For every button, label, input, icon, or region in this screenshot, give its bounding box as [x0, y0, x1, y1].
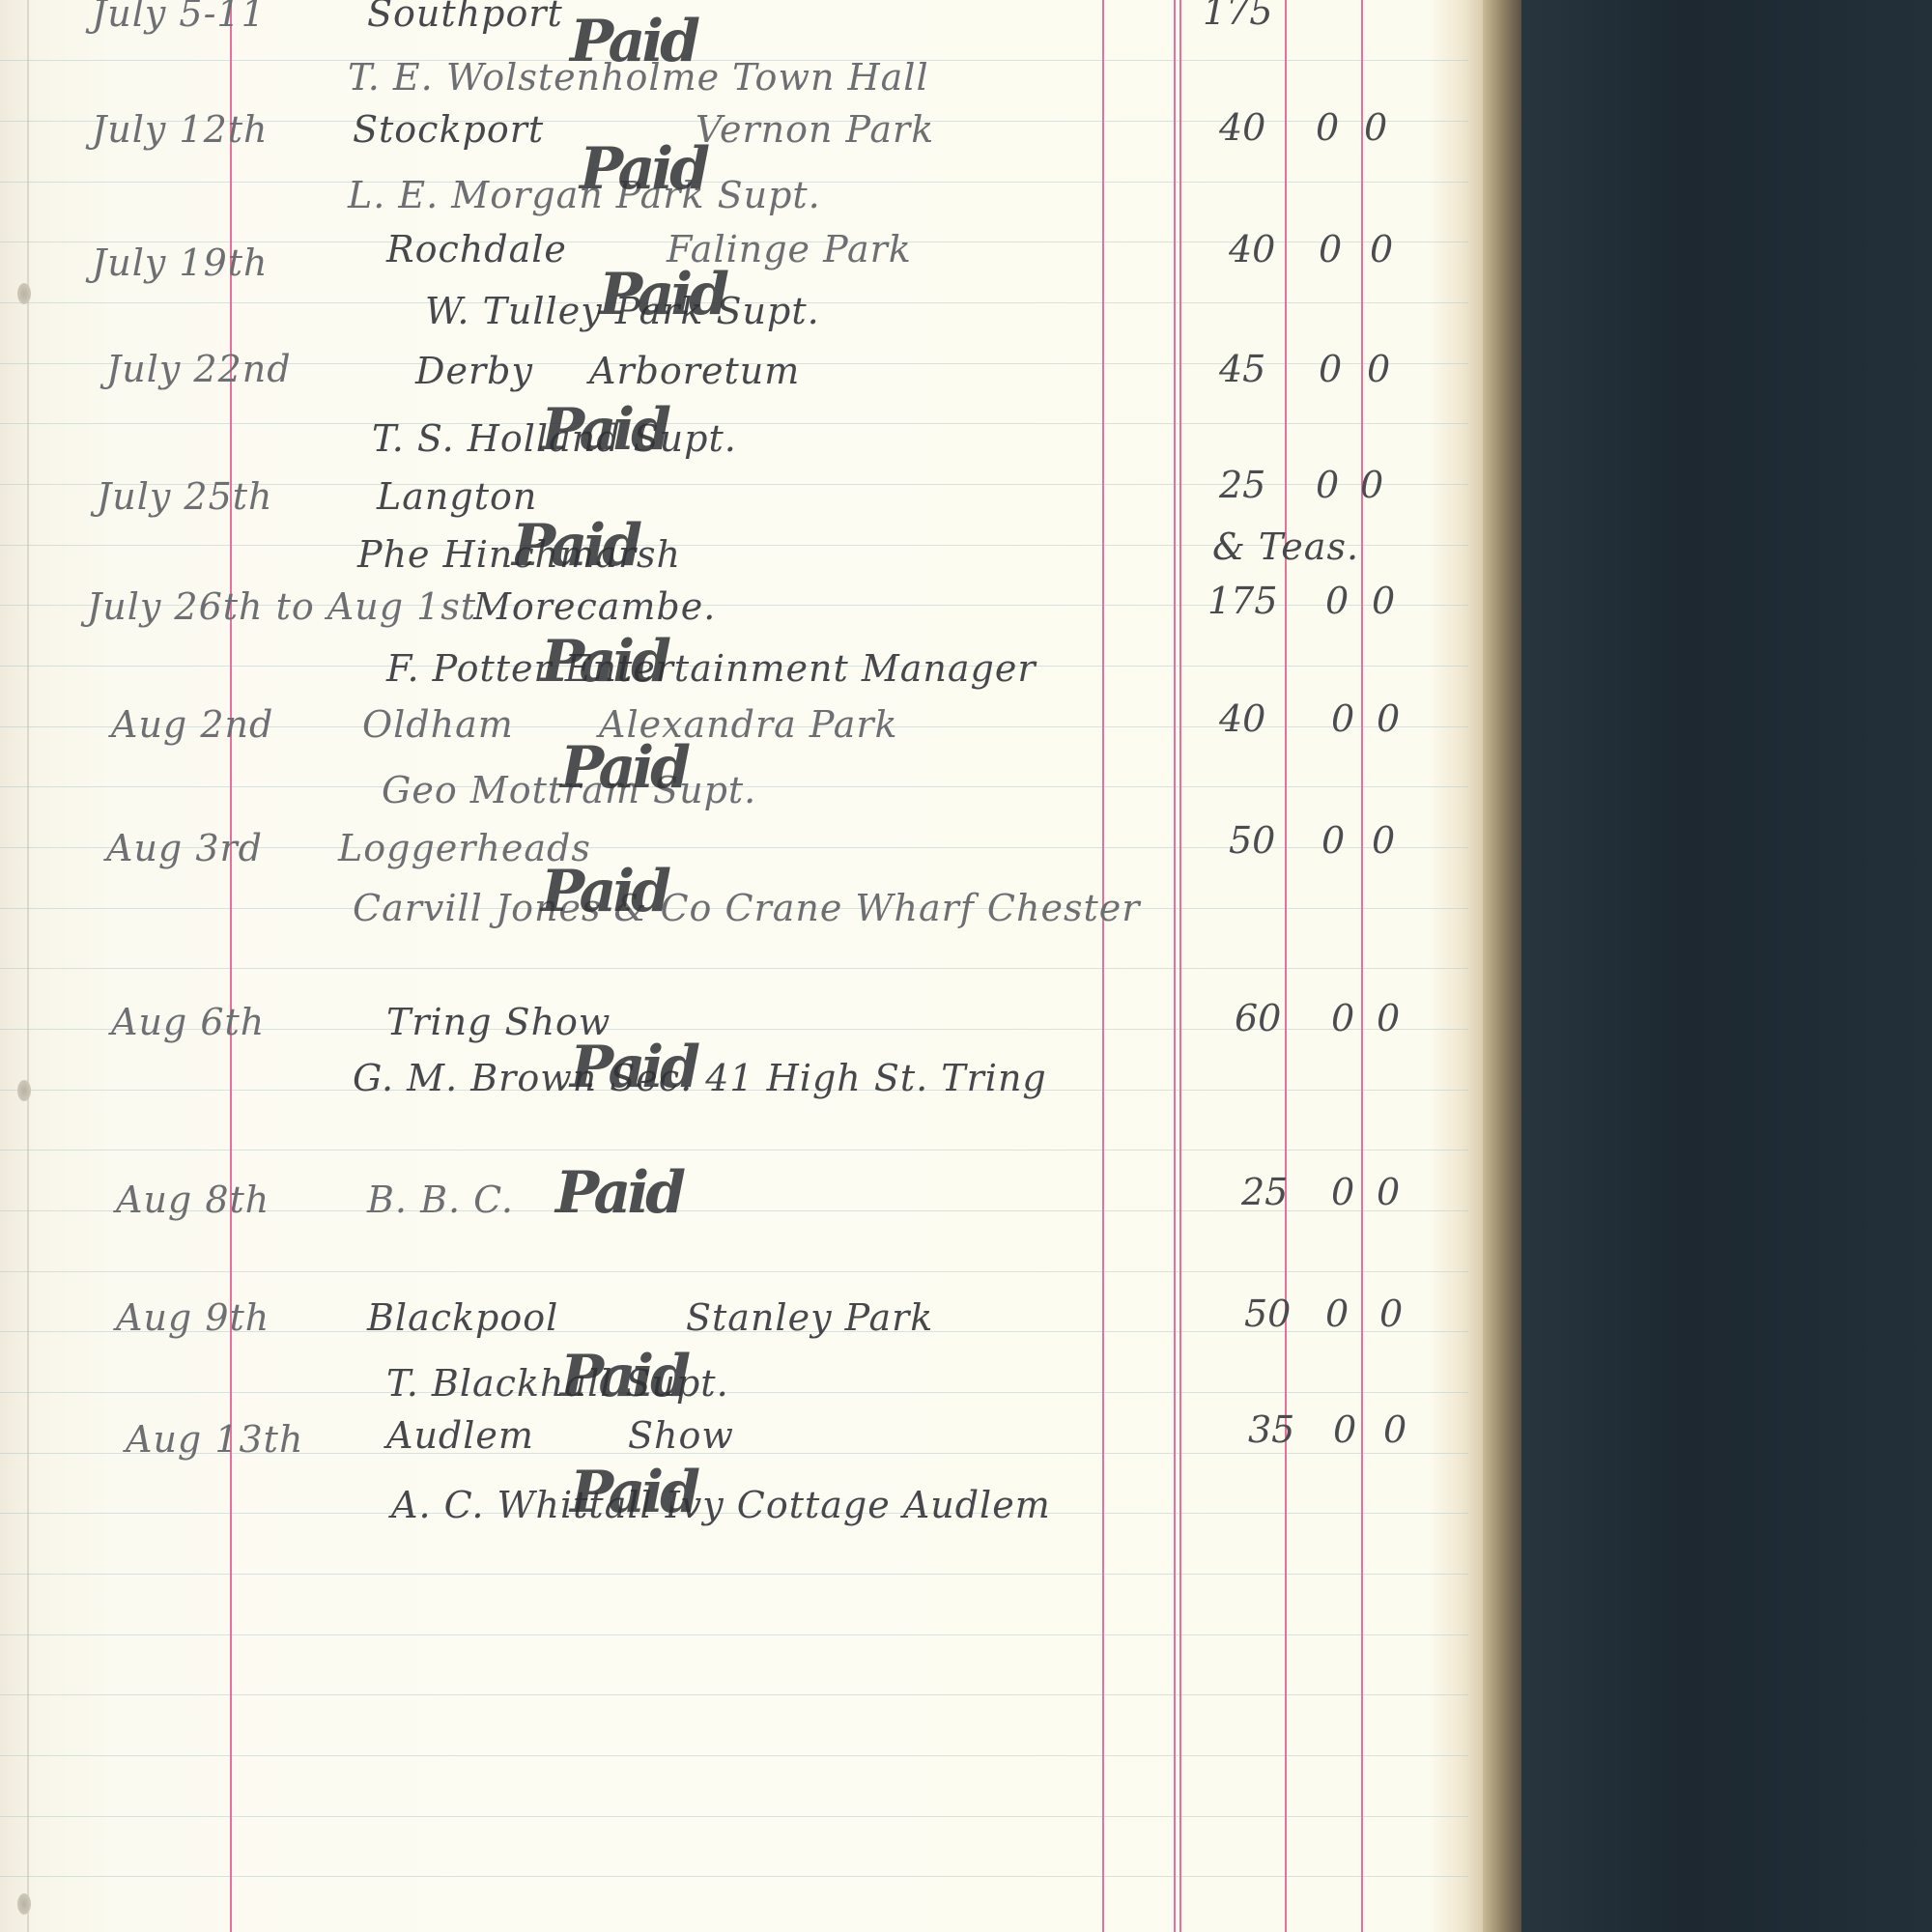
amount-pence: 0: [1379, 1293, 1403, 1335]
entry-location: Arboretum: [589, 350, 800, 392]
ruled-line: [0, 968, 1468, 969]
entry-date: Aug 8th: [116, 1179, 270, 1221]
column-rule: [1102, 0, 1104, 1932]
ruled-line: [0, 1271, 1468, 1272]
entry-date: July 26th to Aug 1st: [87, 585, 476, 628]
amount-pence: 0: [1372, 580, 1395, 622]
amount-pounds: 40: [1229, 228, 1275, 270]
column-rule: [1174, 0, 1176, 1932]
paid-signature: Paid: [541, 628, 668, 696]
paid-signature: Paid: [570, 1034, 696, 1101]
amount-shillings: 0: [1331, 997, 1354, 1039]
ruled-line: [0, 1755, 1468, 1756]
amount-pounds: 50: [1229, 819, 1275, 862]
amount-pounds: 25: [1219, 464, 1265, 506]
amount-pence: 0: [1364, 106, 1387, 149]
paid-signature: Paid: [599, 261, 725, 328]
entry-venue: B. B. C.: [367, 1179, 514, 1221]
amount-shillings: 0: [1331, 697, 1354, 740]
entry-date: Aug 2nd: [111, 703, 273, 746]
paid-signature: Paid: [580, 135, 706, 203]
ruled-line: [0, 1392, 1468, 1393]
paid-signature: Paid: [541, 396, 668, 464]
paid-signature: Paid: [541, 858, 668, 925]
ruled-line: [0, 1150, 1468, 1151]
entry-location: Show: [628, 1414, 734, 1457]
entry-date: July 19th: [92, 241, 269, 284]
entry-date: July 12th: [92, 108, 269, 151]
amount-pence: 0: [1377, 997, 1400, 1039]
date-margin-rule: [230, 0, 232, 1932]
amount-pounds: 40: [1219, 106, 1265, 149]
entry-date: Aug 9th: [116, 1296, 270, 1339]
paid-signature: Paid: [570, 8, 696, 75]
entry-venue: Audlem: [386, 1414, 534, 1457]
paid-signature: Paid: [560, 734, 687, 802]
amount-shillings: 0: [1319, 348, 1342, 390]
amount-pounds: 50: [1244, 1293, 1291, 1335]
paid-signature: Paid: [512, 512, 639, 580]
ruled-line: [0, 1574, 1468, 1575]
entry-venue: Derby: [415, 350, 533, 392]
entry-date: Aug 3rd: [106, 827, 263, 869]
entry-venue: Stockport: [353, 108, 544, 151]
entry-venue: Blackpool: [367, 1296, 558, 1339]
entry-contact: G. M. Brown Sec. 41 High St. Tring: [353, 1057, 1047, 1099]
amount-pounds: 35: [1248, 1408, 1294, 1451]
amount-pence: 0: [1367, 348, 1390, 390]
amount-note: & Teas.: [1212, 526, 1359, 568]
entry-location: Vernon Park: [696, 108, 934, 151]
column-rule: [1361, 0, 1363, 1932]
amount-shillings: 0: [1316, 464, 1339, 506]
entry-date: Aug 13th: [126, 1418, 303, 1461]
entry-venue: Morecambe.: [473, 585, 716, 628]
amount-pounds: 45: [1219, 348, 1265, 390]
amount-pence: 0: [1383, 1408, 1406, 1451]
ledger-page: July 5-11 Southport T. E. Wolstenholme T…: [0, 0, 1483, 1932]
ruled-line: [0, 1634, 1468, 1635]
amount-pence: 0: [1370, 228, 1393, 270]
paid-signature: Paid: [560, 1343, 687, 1410]
ruled-line: [0, 1876, 1468, 1877]
amount-pounds: 175: [1203, 0, 1273, 33]
entry-date: Aug 6th: [111, 1001, 265, 1043]
amount-pence: 0: [1377, 697, 1400, 740]
entry-date: July 5-11: [92, 0, 266, 35]
entry-contact: F. Potter Entertainment Manager: [386, 647, 1037, 690]
binding-hole: [17, 1893, 31, 1915]
amount-shillings: 0: [1316, 106, 1339, 149]
ruled-line: [0, 1694, 1468, 1695]
entry-venue: Oldham: [362, 703, 514, 746]
entry-contact: A. C. Whittall Ivy Cottage Audlem: [391, 1484, 1051, 1526]
amount-pence: 0: [1377, 1171, 1400, 1213]
book-cover: [1521, 0, 1932, 1932]
amount-pounds: 175: [1207, 580, 1278, 622]
amount-pounds: 60: [1235, 997, 1281, 1039]
entry-date: July 25th: [97, 475, 273, 518]
amount-shillings: 0: [1325, 580, 1349, 622]
amount-pounds: 40: [1219, 697, 1265, 740]
entry-venue: Rochdale: [386, 228, 567, 270]
amount-shillings: 0: [1325, 1293, 1349, 1335]
amount-shillings: 0: [1331, 1171, 1354, 1213]
entry-location: Stanley Park: [686, 1296, 933, 1339]
column-rule: [1179, 0, 1181, 1932]
paid-signature: Paid: [555, 1159, 682, 1227]
amount-pounds: 25: [1241, 1171, 1288, 1213]
entry-date: July 22nd: [106, 348, 292, 390]
binding-hole: [17, 283, 31, 304]
amount-shillings: 0: [1319, 228, 1342, 270]
amount-shillings: 0: [1321, 819, 1345, 862]
ruled-line: [0, 1816, 1468, 1817]
column-rule: [1285, 0, 1287, 1932]
paid-signature: Paid: [570, 1459, 696, 1526]
amount-pence: 0: [1372, 819, 1395, 862]
binding-hole: [17, 1080, 31, 1101]
entry-venue: Southport: [367, 0, 563, 35]
page-stack-edge: [1483, 0, 1521, 1932]
amount-shillings: 0: [1333, 1408, 1356, 1451]
entry-contact: Carvill Jones & Co Crane Wharf Chester: [353, 887, 1140, 929]
amount-pence: 0: [1360, 464, 1383, 506]
